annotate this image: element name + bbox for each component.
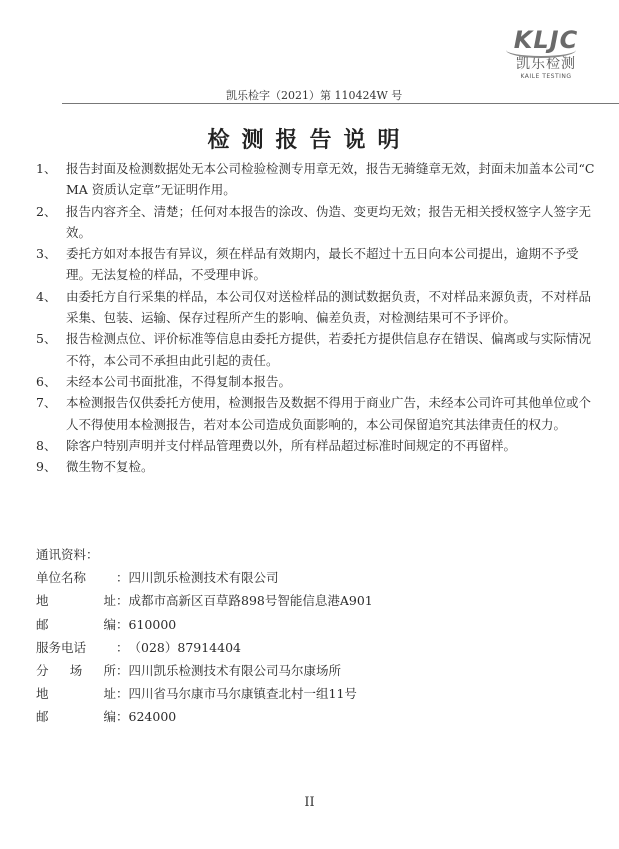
notice-item-number: 6、 xyxy=(36,371,60,392)
notice-item-number: 2、 xyxy=(36,201,60,244)
header-divider xyxy=(62,103,619,104)
notice-item-text: 本检测报告仅供委托方使用，检测报告及数据不得用于商业广告，未经本公司许可其他单位… xyxy=(66,392,596,435)
contact-colon: ： xyxy=(116,613,129,636)
report-number: 凯乐检字（2021）第 110424W 号 xyxy=(226,87,402,103)
notice-item-number: 3、 xyxy=(36,243,60,286)
notice-item: 2、报告内容齐全、清楚；任何对本报告的涂改、伪造、变更均无效；报告无相关授权签字… xyxy=(36,201,596,244)
contact-label-char: 编 xyxy=(103,613,116,636)
contact-label: 邮编 xyxy=(36,613,116,636)
contact-label: 地址 xyxy=(36,589,116,612)
contact-colon: ： xyxy=(116,705,129,728)
contact-label-char: 所 xyxy=(103,659,116,682)
notice-item: 4、由委托方自行采集的样品，本公司仅对送检样品的测试数据负责，不对样品来源负责，… xyxy=(36,286,596,329)
notice-item-number: 1、 xyxy=(36,158,60,201)
notice-item-text: 由委托方自行采集的样品，本公司仅对送检样品的测试数据负责，不对样品来源负责，不对… xyxy=(66,286,596,329)
notice-item-number: 8、 xyxy=(36,435,60,456)
notice-item-number: 4、 xyxy=(36,286,60,329)
contact-value: 四川凯乐检测技术有限公司马尔康场所 xyxy=(129,659,342,682)
contact-colon: ： xyxy=(116,589,129,612)
contact-row-branch-address: 地址：四川省马尔康市马尔康镇查北村一组11号 xyxy=(36,682,373,705)
contact-label-char: 场 xyxy=(70,659,83,682)
contact-label-text: 单位名称 xyxy=(36,566,86,589)
contact-label: 邮编 xyxy=(36,705,116,728)
notice-item: 7、本检测报告仅供委托方使用，检测报告及数据不得用于商业广告，未经本公司许可其他… xyxy=(36,392,596,435)
notice-item-text: 报告内容齐全、清楚；任何对本报告的涂改、伪造、变更均无效；报告无相关授权签字人签… xyxy=(66,201,596,244)
contact-label: 地址 xyxy=(36,682,116,705)
contact-label-char: 邮 xyxy=(36,613,49,636)
notice-item: 5、报告检测点位、评价标准等信息由委托方提供，若委托方提供信息存在错误、偏离或与… xyxy=(36,328,596,371)
notice-item: 3、委托方如对本报告有异议，须在样品有效期内，最长不超过十五日向本公司提出，逾期… xyxy=(36,243,596,286)
contact-label-text: 服务电话 xyxy=(36,636,86,659)
contact-row-postcode: 邮编：610000 xyxy=(36,613,373,636)
contact-colon: ： xyxy=(116,566,129,589)
contact-label-char: 邮 xyxy=(36,705,49,728)
notice-item-text: 除客户特别声明并支付样品管理费以外，所有样品超过标准时间规定的不再留样。 xyxy=(66,435,596,456)
notice-item: 6、未经本公司书面批准，不得复制本报告。 xyxy=(36,371,596,392)
contact-info: 通讯资料： 单位名称：四川凯乐检测技术有限公司 地址：成都市高新区百草路898号… xyxy=(36,543,373,729)
contact-label: 分场所 xyxy=(36,659,116,682)
notice-item-number: 5、 xyxy=(36,328,60,371)
contact-row-address: 地址：成都市高新区百草路898号智能信息港A901 xyxy=(36,589,373,612)
notice-item-text: 委托方如对本报告有异议，须在样品有效期内，最长不超过十五日向本公司提出，逾期不予… xyxy=(66,243,596,286)
notice-item-text: 微生物不复检。 xyxy=(66,456,596,477)
logo-name-en: KAILE TESTING xyxy=(496,72,596,81)
contact-colon: ： xyxy=(116,636,129,659)
notice-item-text: 未经本公司书面批准，不得复制本报告。 xyxy=(66,371,596,392)
notice-item-number: 7、 xyxy=(36,392,60,435)
contact-row-branch: 分场所：四川凯乐检测技术有限公司马尔康场所 xyxy=(36,659,373,682)
contact-label-char: 地 xyxy=(36,682,49,705)
contact-label-char: 址 xyxy=(103,589,116,612)
contact-label: 服务电话 xyxy=(36,636,116,659)
notice-item-text: 报告检测点位、评价标准等信息由委托方提供，若委托方提供信息存在错误、偏离或与实际… xyxy=(66,328,596,371)
notice-list: 1、报告封面及检测数据处无本公司检验检测专用章无效，报告无骑缝章无效，封面未加盖… xyxy=(36,158,596,477)
contact-colon: ： xyxy=(116,682,129,705)
page-title: 检测报告说明 xyxy=(0,127,619,155)
contact-label-char: 地 xyxy=(36,589,49,612)
contact-colon: ： xyxy=(116,659,129,682)
contact-label: 单位名称 xyxy=(36,566,116,589)
page-number: II xyxy=(0,795,619,810)
contact-label-char: 址 xyxy=(103,682,116,705)
contact-row-phone: 服务电话：（028）87914404 xyxy=(36,636,373,659)
notice-item-number: 9、 xyxy=(36,456,60,477)
logo-name-cn: 凯乐检测 xyxy=(496,56,596,72)
logo-swoosh-icon xyxy=(506,42,576,58)
notice-item: 1、报告封面及检测数据处无本公司检验检测专用章无效，报告无骑缝章无效，封面未加盖… xyxy=(36,158,596,201)
contact-value: 610000 xyxy=(129,613,177,636)
notice-item: 8、除客户特别声明并支付样品管理费以外，所有样品超过标准时间规定的不再留样。 xyxy=(36,435,596,456)
contact-value: 624000 xyxy=(129,705,177,728)
contact-value: 四川省马尔康市马尔康镇查北村一组11号 xyxy=(129,682,357,705)
logo-mark: KLJC xyxy=(496,28,596,52)
notice-item: 9、微生物不复检。 xyxy=(36,456,596,477)
contact-value: （028）87914404 xyxy=(129,636,241,659)
contact-row-branch-postcode: 邮编：624000 xyxy=(36,705,373,728)
contact-row-company: 单位名称：四川凯乐检测技术有限公司 xyxy=(36,566,373,589)
contact-label-char: 编 xyxy=(103,705,116,728)
contact-heading: 通讯资料： xyxy=(36,543,373,566)
contact-value: 成都市高新区百草路898号智能信息港A901 xyxy=(129,589,373,612)
contact-value: 四川凯乐检测技术有限公司 xyxy=(129,566,279,589)
contact-label-char: 分 xyxy=(36,659,49,682)
notice-item-text: 报告封面及检测数据处无本公司检验检测专用章无效，报告无骑缝章无效，封面未加盖本公… xyxy=(66,158,596,201)
company-logo: KLJC 凯乐检测 KAILE TESTING xyxy=(496,28,596,81)
